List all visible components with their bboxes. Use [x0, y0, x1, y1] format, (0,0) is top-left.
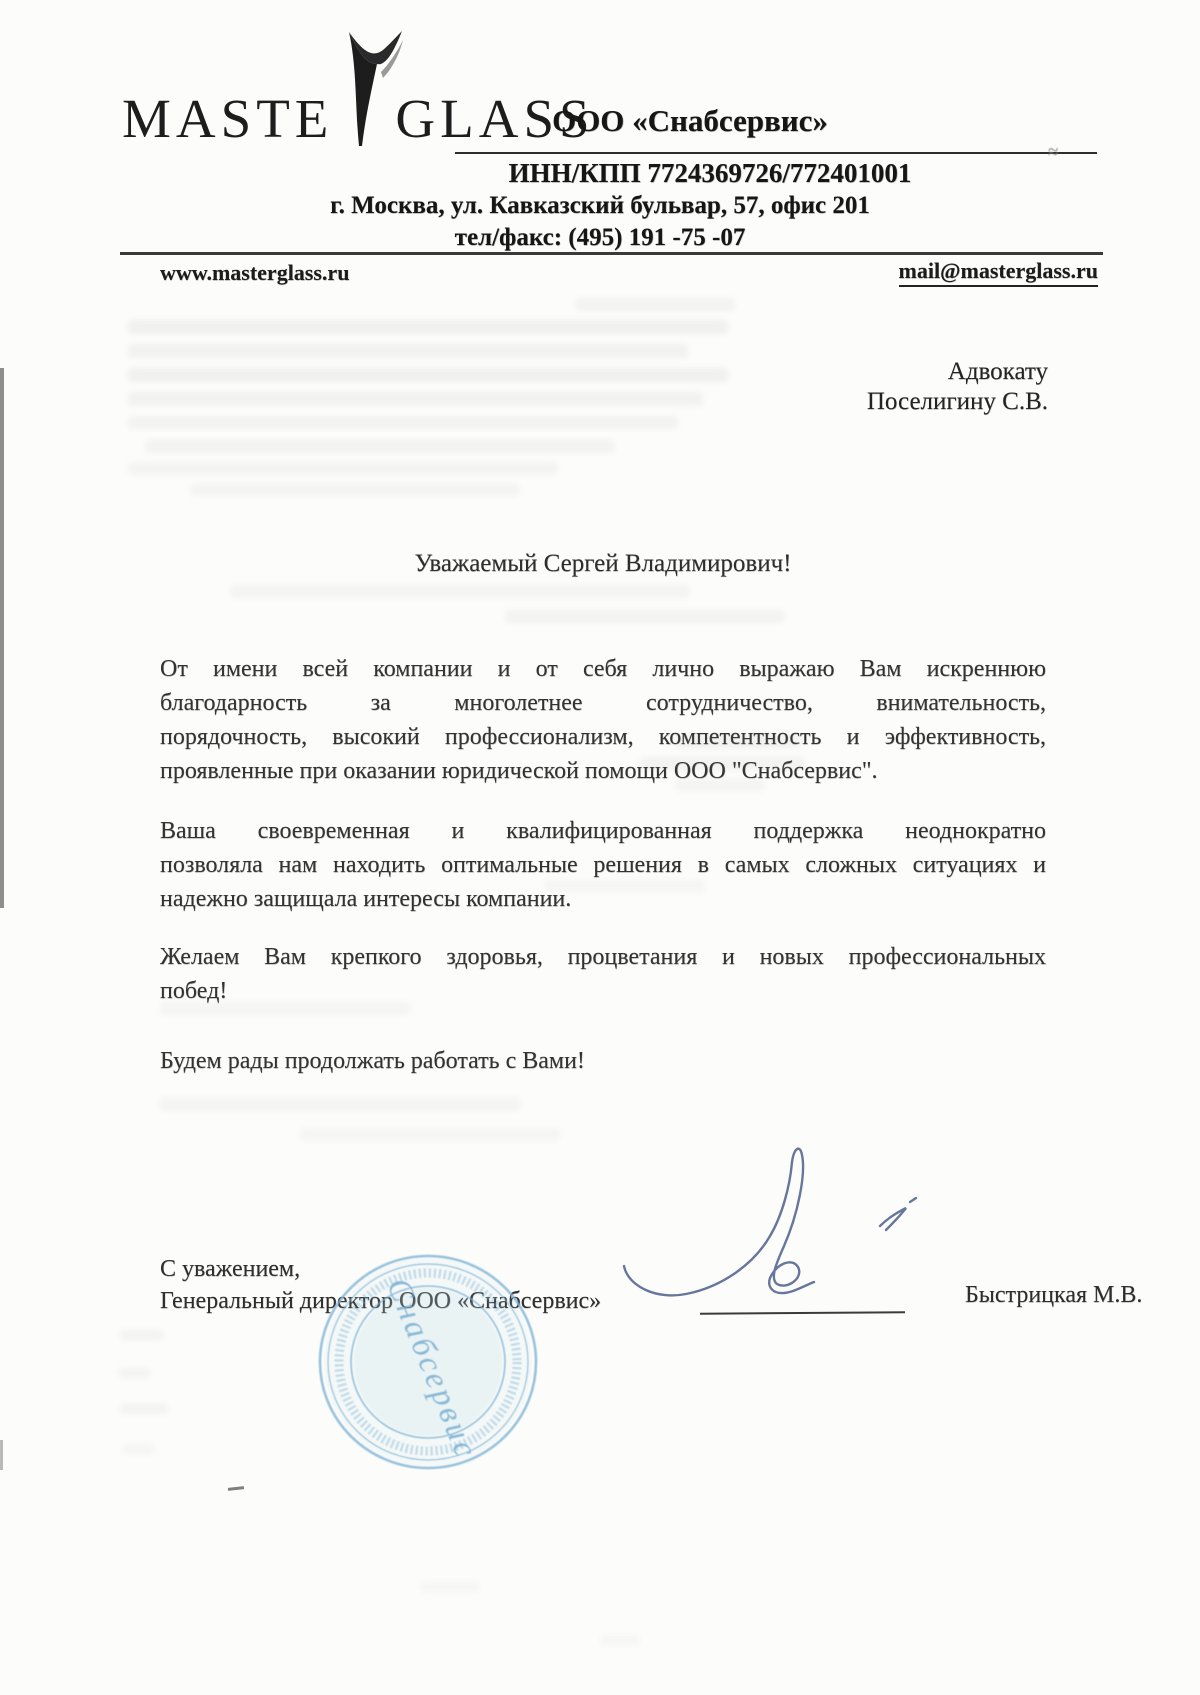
- bleedthrough-smudge: [300, 1128, 560, 1141]
- bleedthrough-smudge: [145, 440, 615, 453]
- company-name: ООО «Снабсервис»: [455, 104, 925, 138]
- website-text: www.masterglass.ru: [160, 260, 349, 286]
- bleedthrough-smudge: [575, 298, 735, 311]
- bleedthrough-smudge: [128, 320, 728, 334]
- email-text: mail@masterglass.ru: [899, 258, 1099, 287]
- bleedthrough-smudge: [420, 1582, 480, 1592]
- bleedthrough-smudge: [190, 484, 520, 496]
- company-logo: MASTE GLASS: [122, 28, 482, 146]
- paragraph-line: проявленные при оказании юридической пом…: [160, 754, 1046, 788]
- addressee-role: Адвокату: [948, 358, 1048, 386]
- bleedthrough-smudge: [120, 1404, 168, 1414]
- company-phone: тел/факс: (495) 191 -75 -07: [300, 224, 900, 252]
- bleedthrough-smudge: [160, 1098, 520, 1111]
- checkmark-swoosh-icon: [329, 28, 403, 146]
- bleedthrough-smudge: [120, 1330, 164, 1340]
- company-address: г. Москва, ул. Кавказский бульвар, 57, о…: [300, 192, 900, 220]
- company-stamp: Снабсервис: [312, 1248, 544, 1476]
- paragraph-line: позволяла нам находить оптимальные решен…: [160, 848, 1046, 882]
- bleedthrough-smudge: [505, 610, 785, 623]
- header-separator-rule: [120, 252, 1103, 255]
- bleedthrough-smudge: [128, 416, 678, 429]
- bleedthrough-smudge: [600, 1636, 640, 1645]
- bleedthrough-smudge: [675, 779, 765, 791]
- paragraph-3: Желаем Вам крепкого здоровья, процветани…: [160, 940, 1046, 1008]
- paragraph-4: Будем рады продолжать работать с Вами!: [160, 1044, 1046, 1078]
- paragraph-line: Ваша своевременная и квалифицированная п…: [160, 814, 1046, 848]
- paragraph-1: От имени всей компании и от себя лично в…: [160, 652, 1046, 788]
- signer-name: Быстрицкая М.В.: [965, 1282, 1142, 1309]
- bleedthrough-smudge: [545, 880, 705, 892]
- bleedthrough-smudge: [230, 585, 690, 598]
- bleedthrough-smudge: [128, 368, 728, 382]
- paragraph-2: Ваша своевременная и квалифицированная п…: [160, 814, 1046, 916]
- bleedthrough-smudge: [128, 462, 558, 475]
- bleedthrough-smudge: [640, 757, 805, 770]
- logo-text-left: MASTE: [122, 91, 333, 146]
- company-underline: [455, 152, 1097, 154]
- bleedthrough-smudge: [128, 392, 703, 406]
- salutation: Уважаемый Сергей Владимирович!: [160, 550, 1046, 578]
- bleedthrough-smudge: [122, 1444, 154, 1454]
- inn-kpp-line: ИНН/КПП 7724369726/772401001: [440, 159, 980, 189]
- stray-mark: [228, 1486, 244, 1491]
- paragraph-line: От имени всей компании и от себя лично в…: [160, 652, 1046, 686]
- closing-phrase: С уважением,: [160, 1256, 300, 1283]
- bleedthrough-smudge: [128, 344, 688, 358]
- stray-mark: ≈: [1048, 142, 1058, 164]
- scanned-letter: MASTE GLASS ООО «Снабсервис» ИНН/КПП 772…: [0, 0, 1200, 1695]
- paragraph-line: порядочность, высокий профессионализм, к…: [160, 720, 1046, 754]
- bleedthrough-smudge: [160, 1002, 410, 1015]
- addressee-name: Поселигину С.В.: [867, 388, 1048, 416]
- handwritten-signature: [618, 1138, 948, 1323]
- bleedthrough-smudge: [675, 735, 800, 748]
- paragraph-line: Желаем Вам крепкого здоровья, процветани…: [160, 940, 1046, 974]
- paragraph-line: Будем рады продолжать работать с Вами!: [160, 1044, 1046, 1078]
- bleedthrough-smudge: [118, 1368, 150, 1378]
- paragraph-line: благодарность за многолетнее сотрудничес…: [160, 686, 1046, 720]
- scan-edge-artifact: [0, 1440, 3, 1470]
- scan-edge-artifact: [0, 368, 4, 908]
